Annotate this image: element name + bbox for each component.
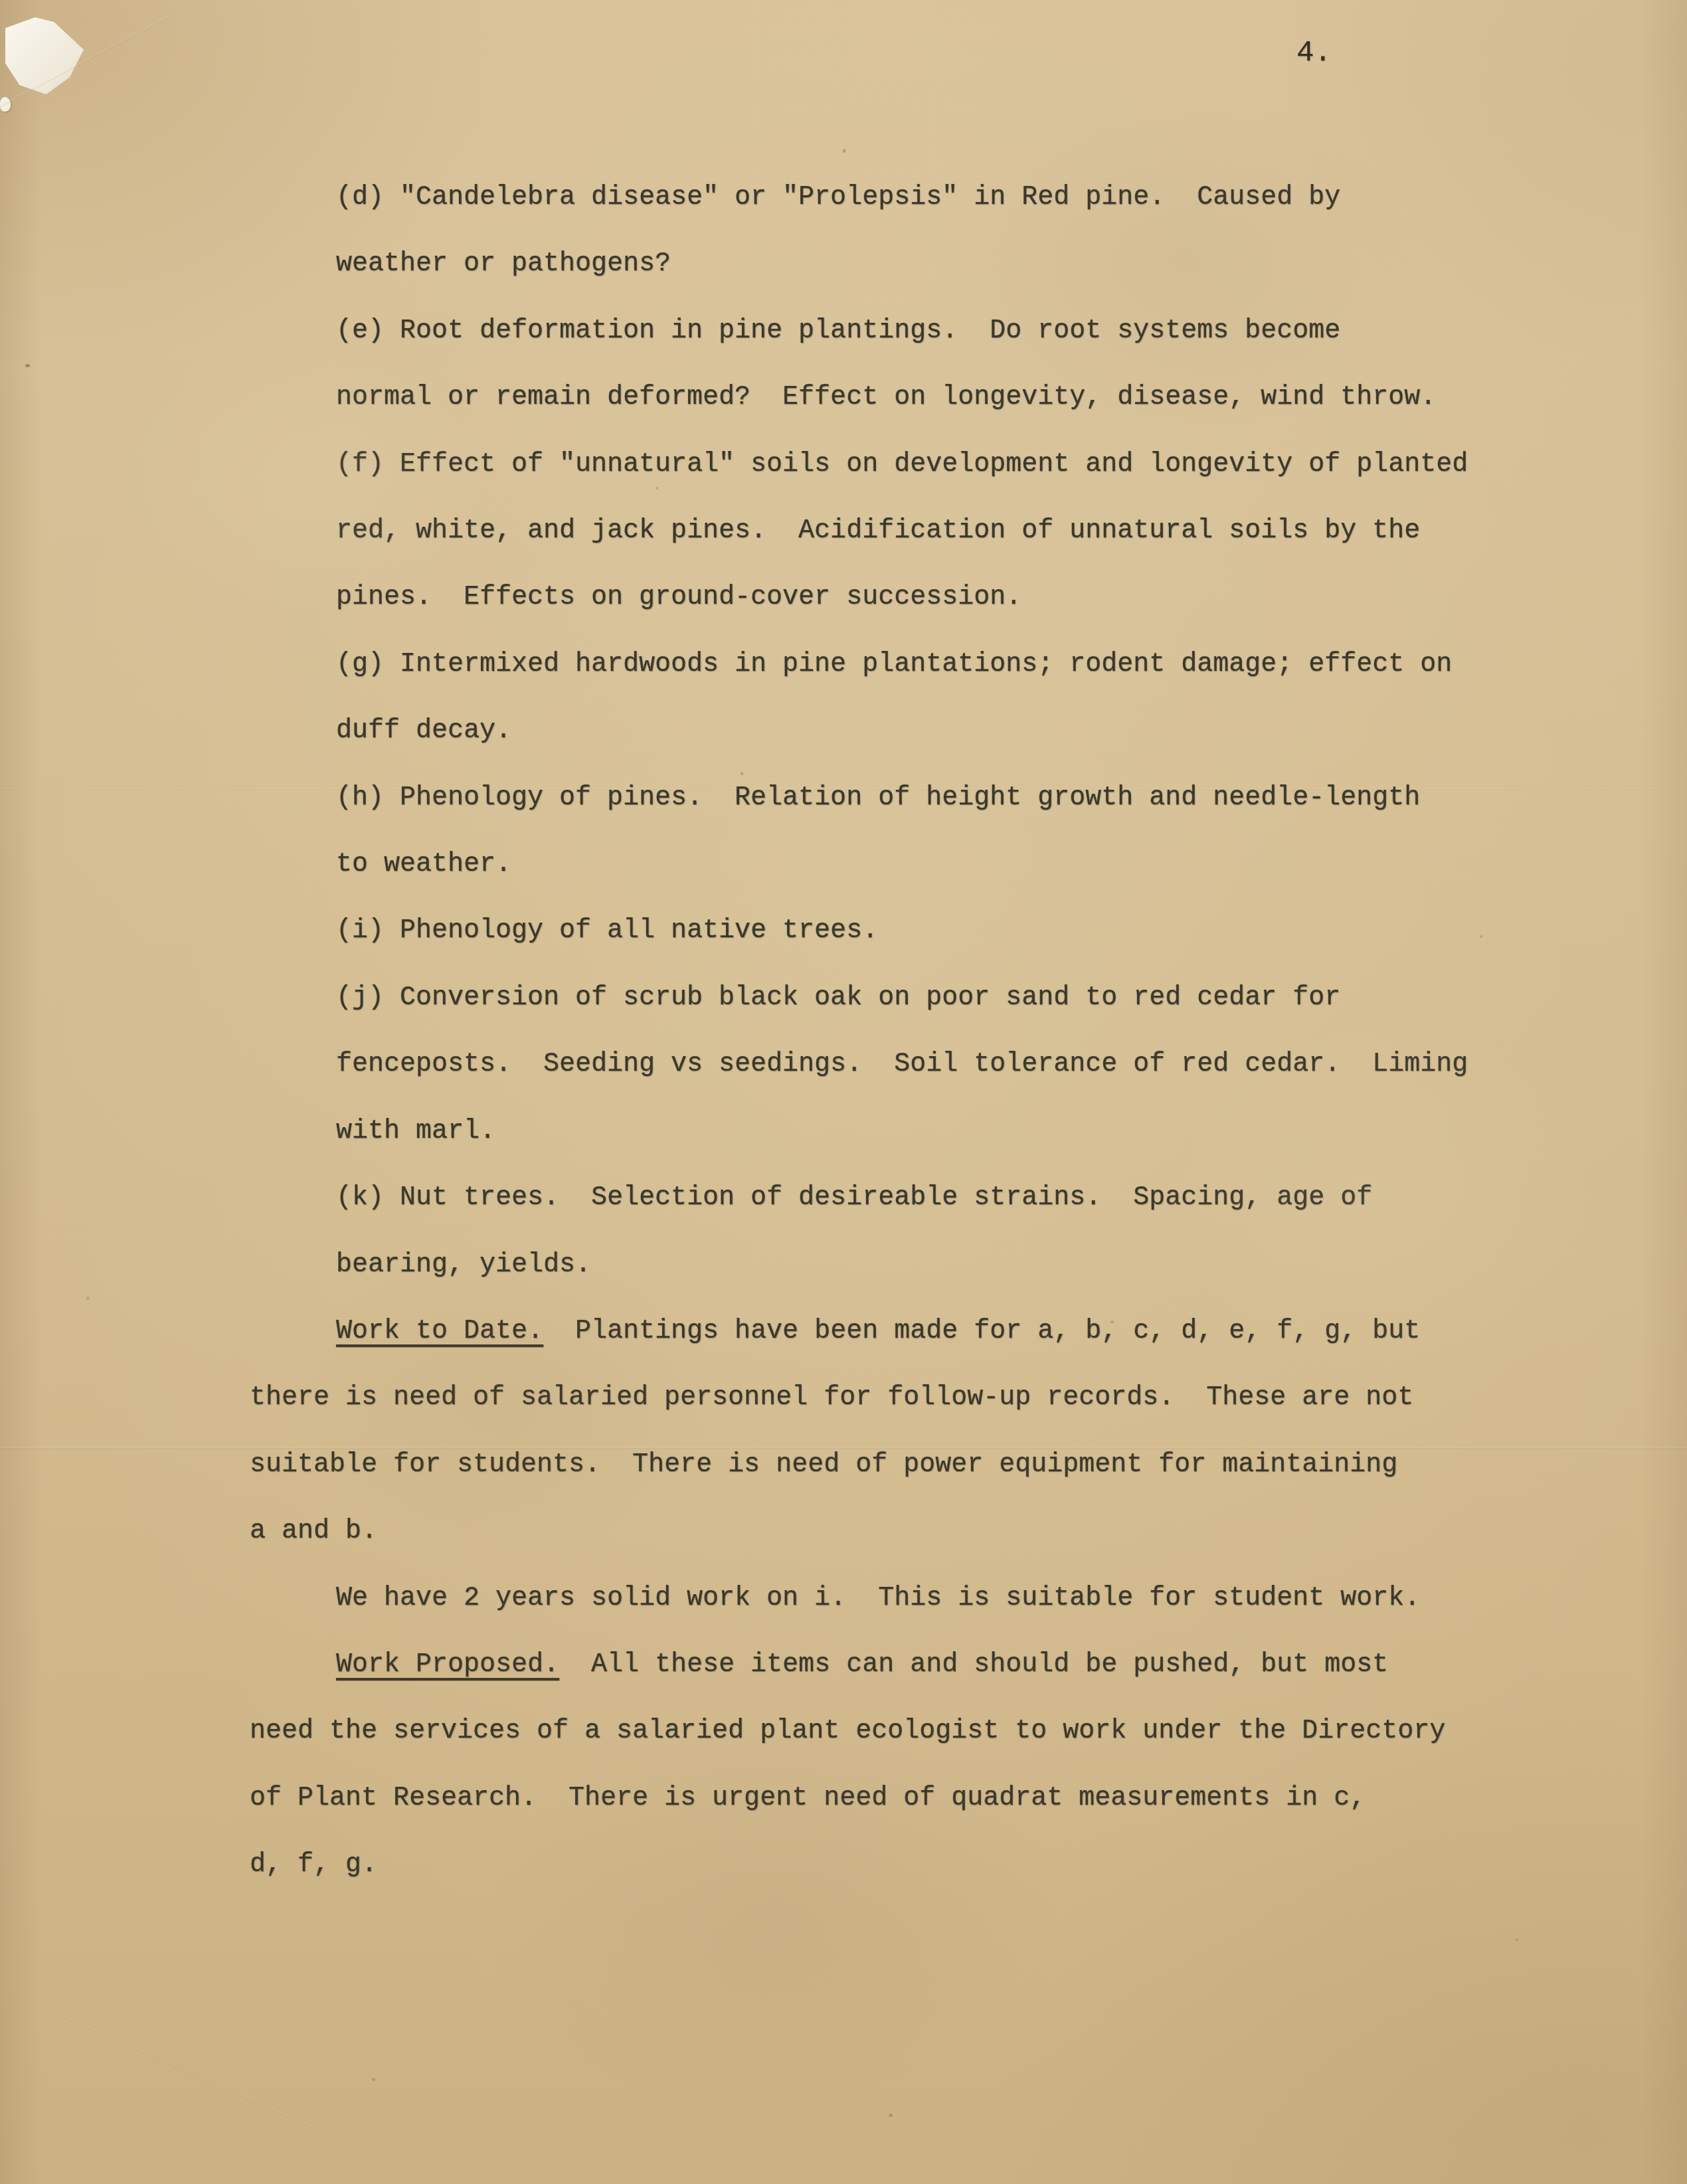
text-line: (k) Nut trees. Selection of desireable s… [250,1165,1498,1231]
text-line: pines. Effects on ground-cover successio… [250,565,1498,631]
text-line: bearing, yields. [250,1232,1498,1299]
text-line: of Plant Research. There is urgent need … [250,1766,1498,1832]
text-line: suitable for students. There is need of … [250,1432,1498,1499]
paper-speck [1516,1938,1518,1941]
underlined-heading: Work to Date. [336,1317,543,1346]
text-line: red, white, and jack pines. Acidificatio… [250,498,1498,565]
text-line: Work Proposed. All these items can and s… [250,1632,1498,1698]
page-number: 4. [1296,39,1332,68]
text-line: with marl. [250,1099,1498,1165]
document-page: 4. (d) "Candelebra disease" or "Prolepsi… [0,0,1687,2184]
text-line: Work to Date. Plantings have been made f… [250,1299,1498,1365]
text-line: (j) Conversion of scrub black oak on poo… [250,965,1498,1032]
text-line: (h) Phenology of pines. Relation of heig… [250,765,1498,832]
paper-speck [25,364,30,367]
text-line: normal or remain deformed? Effect on lon… [250,365,1498,431]
text-line: We have 2 years solid work on i. This is… [250,1566,1498,1632]
text-line: (g) Intermixed hardwoods in pine plantat… [250,632,1498,698]
text-line: weather or pathogens? [250,231,1498,298]
text-line: (i) Phenology of all native trees. [250,898,1498,964]
text-line: a and b. [250,1499,1498,1565]
paper-speck [86,1297,89,1300]
diagonal-crease [0,1977,316,2130]
text-line: (e) Root deformation in pine plantings. … [250,298,1498,365]
paper-speck [372,2078,375,2081]
document-body: (d) "Candelebra disease" or "Prolepsis" … [250,165,1498,1899]
paper-speck [889,2114,893,2117]
text-line: (d) "Candelebra disease" or "Prolepsis" … [250,165,1498,231]
text-line: to weather. [250,832,1498,898]
underlined-heading: Work Proposed. [336,1650,559,1680]
text-line: fenceposts. Seeding vs seedings. Soil to… [250,1032,1498,1098]
text-line: d, f, g. [250,1832,1498,1898]
paper-speck [843,149,845,153]
text-line: there is need of salaried personnel for … [250,1365,1498,1431]
text-line: (f) Effect of "unnatural" soils on devel… [250,432,1498,498]
text-line: duff decay. [250,698,1498,765]
text-line: need the services of a salaried plant ec… [250,1698,1498,1765]
